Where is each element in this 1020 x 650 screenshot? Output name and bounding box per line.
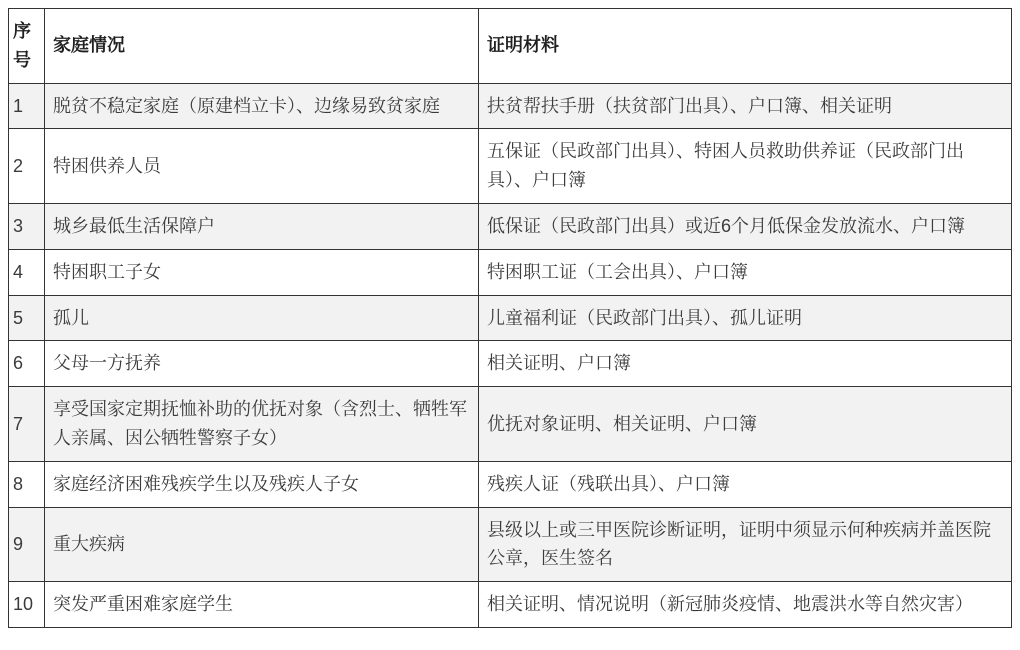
family-situation-cell: 特困供养人员 [45, 129, 479, 204]
family-situation-cell: 家庭经济困难残疾学生以及残疾人子女 [45, 461, 479, 507]
row-index: 10 [9, 582, 45, 628]
row-index: 5 [9, 295, 45, 341]
proof-materials-cell: 优抚对象证明、相关证明、户口簿 [479, 387, 1012, 462]
table-row: 8 家庭经济困难残疾学生以及残疾人子女 残疾人证（残联出具）、户口簿 [9, 461, 1012, 507]
row-index: 7 [9, 387, 45, 462]
column-header-index: 序号 [9, 9, 45, 84]
table-row: 3 城乡最低生活保障户 低保证（民政部门出具）或近6个月低保金发放流水、户口簿 [9, 203, 1012, 249]
proof-materials-cell: 县级以上或三甲医院诊断证明，证明中须显示何种疾病并盖医院公章，医生签名 [479, 507, 1012, 582]
table-row: 1 脱贫不稳定家庭（原建档立卡）、边缘易致贫家庭 扶贫帮扶手册（扶贫部门出具）、… [9, 83, 1012, 129]
family-situation-cell: 城乡最低生活保障户 [45, 203, 479, 249]
column-header-family-situation: 家庭情况 [45, 9, 479, 84]
row-index: 4 [9, 249, 45, 295]
table-row: 9 重大疾病 县级以上或三甲医院诊断证明，证明中须显示何种疾病并盖医院公章，医生… [9, 507, 1012, 582]
table-row: 2 特困供养人员 五保证（民政部门出具）、特困人员救助供养证（民政部门出具）、户… [9, 129, 1012, 204]
row-index: 1 [9, 83, 45, 129]
table-row: 6 父母一方抚养 相关证明、户口簿 [9, 341, 1012, 387]
row-index: 6 [9, 341, 45, 387]
family-situation-cell: 孤儿 [45, 295, 479, 341]
table-row: 4 特困职工子女 特困职工证（工会出具）、户口簿 [9, 249, 1012, 295]
family-situation-cell: 特困职工子女 [45, 249, 479, 295]
family-situation-cell: 享受国家定期抚恤补助的优抚对象（含烈士、牺牲军人亲属、因公牺牲警察子女） [45, 387, 479, 462]
table-row: 7 享受国家定期抚恤补助的优抚对象（含烈士、牺牲军人亲属、因公牺牲警察子女） 优… [9, 387, 1012, 462]
family-situation-proof-table: 序号 家庭情况 证明材料 1 脱贫不稳定家庭（原建档立卡）、边缘易致贫家庭 扶贫… [8, 8, 1012, 628]
column-header-proof-materials: 证明材料 [479, 9, 1012, 84]
family-situation-cell: 父母一方抚养 [45, 341, 479, 387]
family-situation-cell: 重大疾病 [45, 507, 479, 582]
proof-materials-cell: 特困职工证（工会出具）、户口簿 [479, 249, 1012, 295]
page: 序号 家庭情况 证明材料 1 脱贫不稳定家庭（原建档立卡）、边缘易致贫家庭 扶贫… [0, 0, 1020, 650]
proof-materials-cell: 低保证（民政部门出具）或近6个月低保金发放流水、户口簿 [479, 203, 1012, 249]
proof-materials-cell: 五保证（民政部门出具）、特困人员救助供养证（民政部门出具）、户口簿 [479, 129, 1012, 204]
family-situation-cell: 脱贫不稳定家庭（原建档立卡）、边缘易致贫家庭 [45, 83, 479, 129]
row-index: 8 [9, 461, 45, 507]
proof-materials-cell: 扶贫帮扶手册（扶贫部门出具）、户口簿、相关证明 [479, 83, 1012, 129]
row-index: 3 [9, 203, 45, 249]
row-index: 9 [9, 507, 45, 582]
proof-materials-cell: 儿童福利证（民政部门出具）、孤儿证明 [479, 295, 1012, 341]
proof-materials-cell: 相关证明、户口簿 [479, 341, 1012, 387]
table-row: 5 孤儿 儿童福利证（民政部门出具）、孤儿证明 [9, 295, 1012, 341]
family-situation-cell: 突发严重困难家庭学生 [45, 582, 479, 628]
proof-materials-cell: 相关证明、情况说明（新冠肺炎疫情、地震洪水等自然灾害） [479, 582, 1012, 628]
table-row: 10 突发严重困难家庭学生 相关证明、情况说明（新冠肺炎疫情、地震洪水等自然灾害… [9, 582, 1012, 628]
row-index: 2 [9, 129, 45, 204]
table-header-row: 序号 家庭情况 证明材料 [9, 9, 1012, 84]
proof-materials-cell: 残疾人证（残联出具）、户口簿 [479, 461, 1012, 507]
